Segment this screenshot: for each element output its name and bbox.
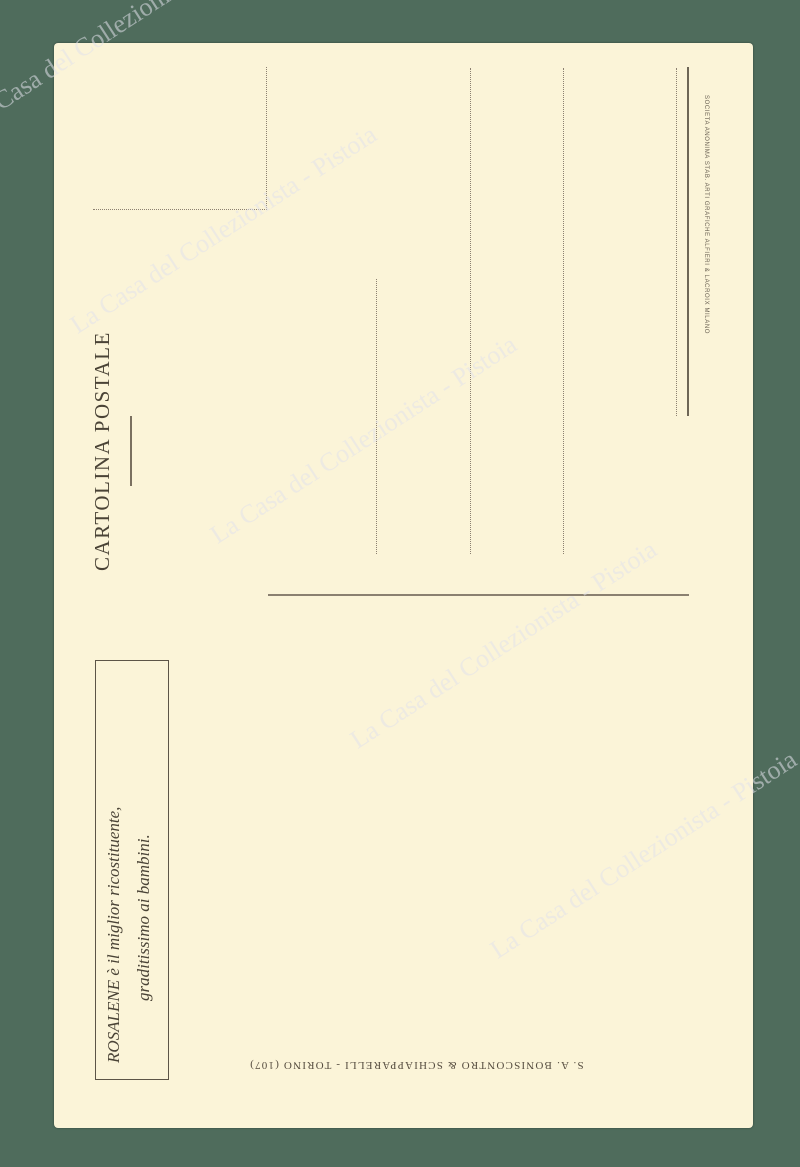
printer-credit: SOCIETA ANONIMA STAB. ARTI GRAFICHE ALFI… [703, 95, 709, 334]
divider-horizontal [268, 594, 689, 596]
divider-vertical [687, 67, 689, 416]
postcard-back: CARTOLINA POSTALE SOCIETA ANONIMA STAB. … [54, 43, 753, 1128]
advert-brand: ROSALENE [104, 980, 123, 1063]
title-rule [130, 416, 132, 486]
advert-box: ROSALENE è il miglior ricostituente, gra… [95, 660, 169, 1080]
address-line-3 [563, 68, 564, 554]
advert-line-1: ROSALENE è il miglior ricostituente, [104, 807, 124, 1063]
card-title: CARTOLINA POSTALE [90, 331, 115, 571]
advert-line-2: graditissimo ai bambini. [134, 834, 154, 1001]
advert-line-1-text: è il miglior ricostituente, [104, 807, 123, 980]
address-line-4 [676, 68, 677, 416]
address-line-2 [470, 68, 471, 554]
publisher-footer: S. A. BONISCONTRO & SCHIAPPARELLI - TORI… [249, 1059, 584, 1071]
